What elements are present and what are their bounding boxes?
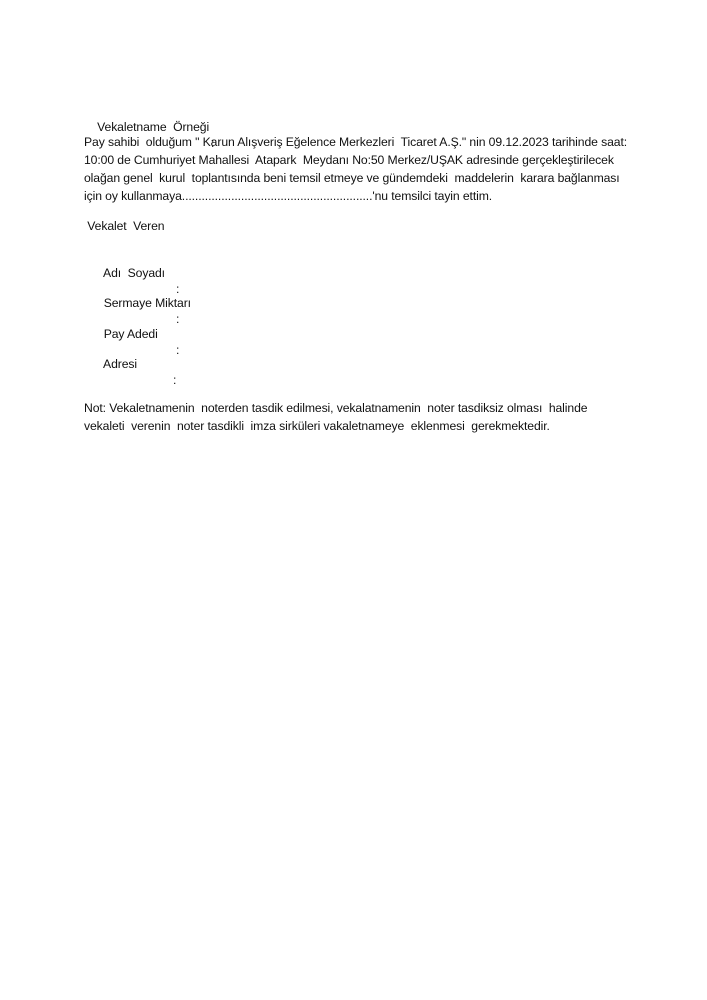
field-address: Adresi : — [84, 340, 137, 404]
field-label: Pay Adedi — [104, 327, 158, 341]
grantor-heading: Vekalet Veren — [84, 218, 165, 234]
field-label: Adı Soyadı — [103, 266, 165, 280]
note-line: vekaleti verenin noter tasdikli imza sir… — [84, 418, 550, 434]
field-label: Sermaye Miktarı — [104, 296, 191, 310]
paragraph-line: için oy kullanmaya......................… — [84, 188, 492, 204]
title-text: Vekaletname Örneği — [97, 120, 209, 134]
note-line: Not: Vekaletnamenin noterden tasdik edil… — [84, 400, 587, 416]
document-page: Vekaletname Örneği : Pay sahibi olduğum … — [0, 0, 707, 1000]
field-colon: : — [176, 311, 179, 327]
field-label: Adresi — [103, 357, 137, 371]
paragraph-line: Pay sahibi olduğum " Karun Alışveriş Eğe… — [84, 134, 627, 150]
paragraph-line: 10:00 de Cumhuriyet Mahallesi Atapark Me… — [84, 152, 614, 168]
paragraph-line: olağan genel kurul toplantısında beni te… — [84, 170, 620, 186]
field-colon: : — [173, 372, 176, 388]
field-colon: : — [176, 342, 179, 358]
